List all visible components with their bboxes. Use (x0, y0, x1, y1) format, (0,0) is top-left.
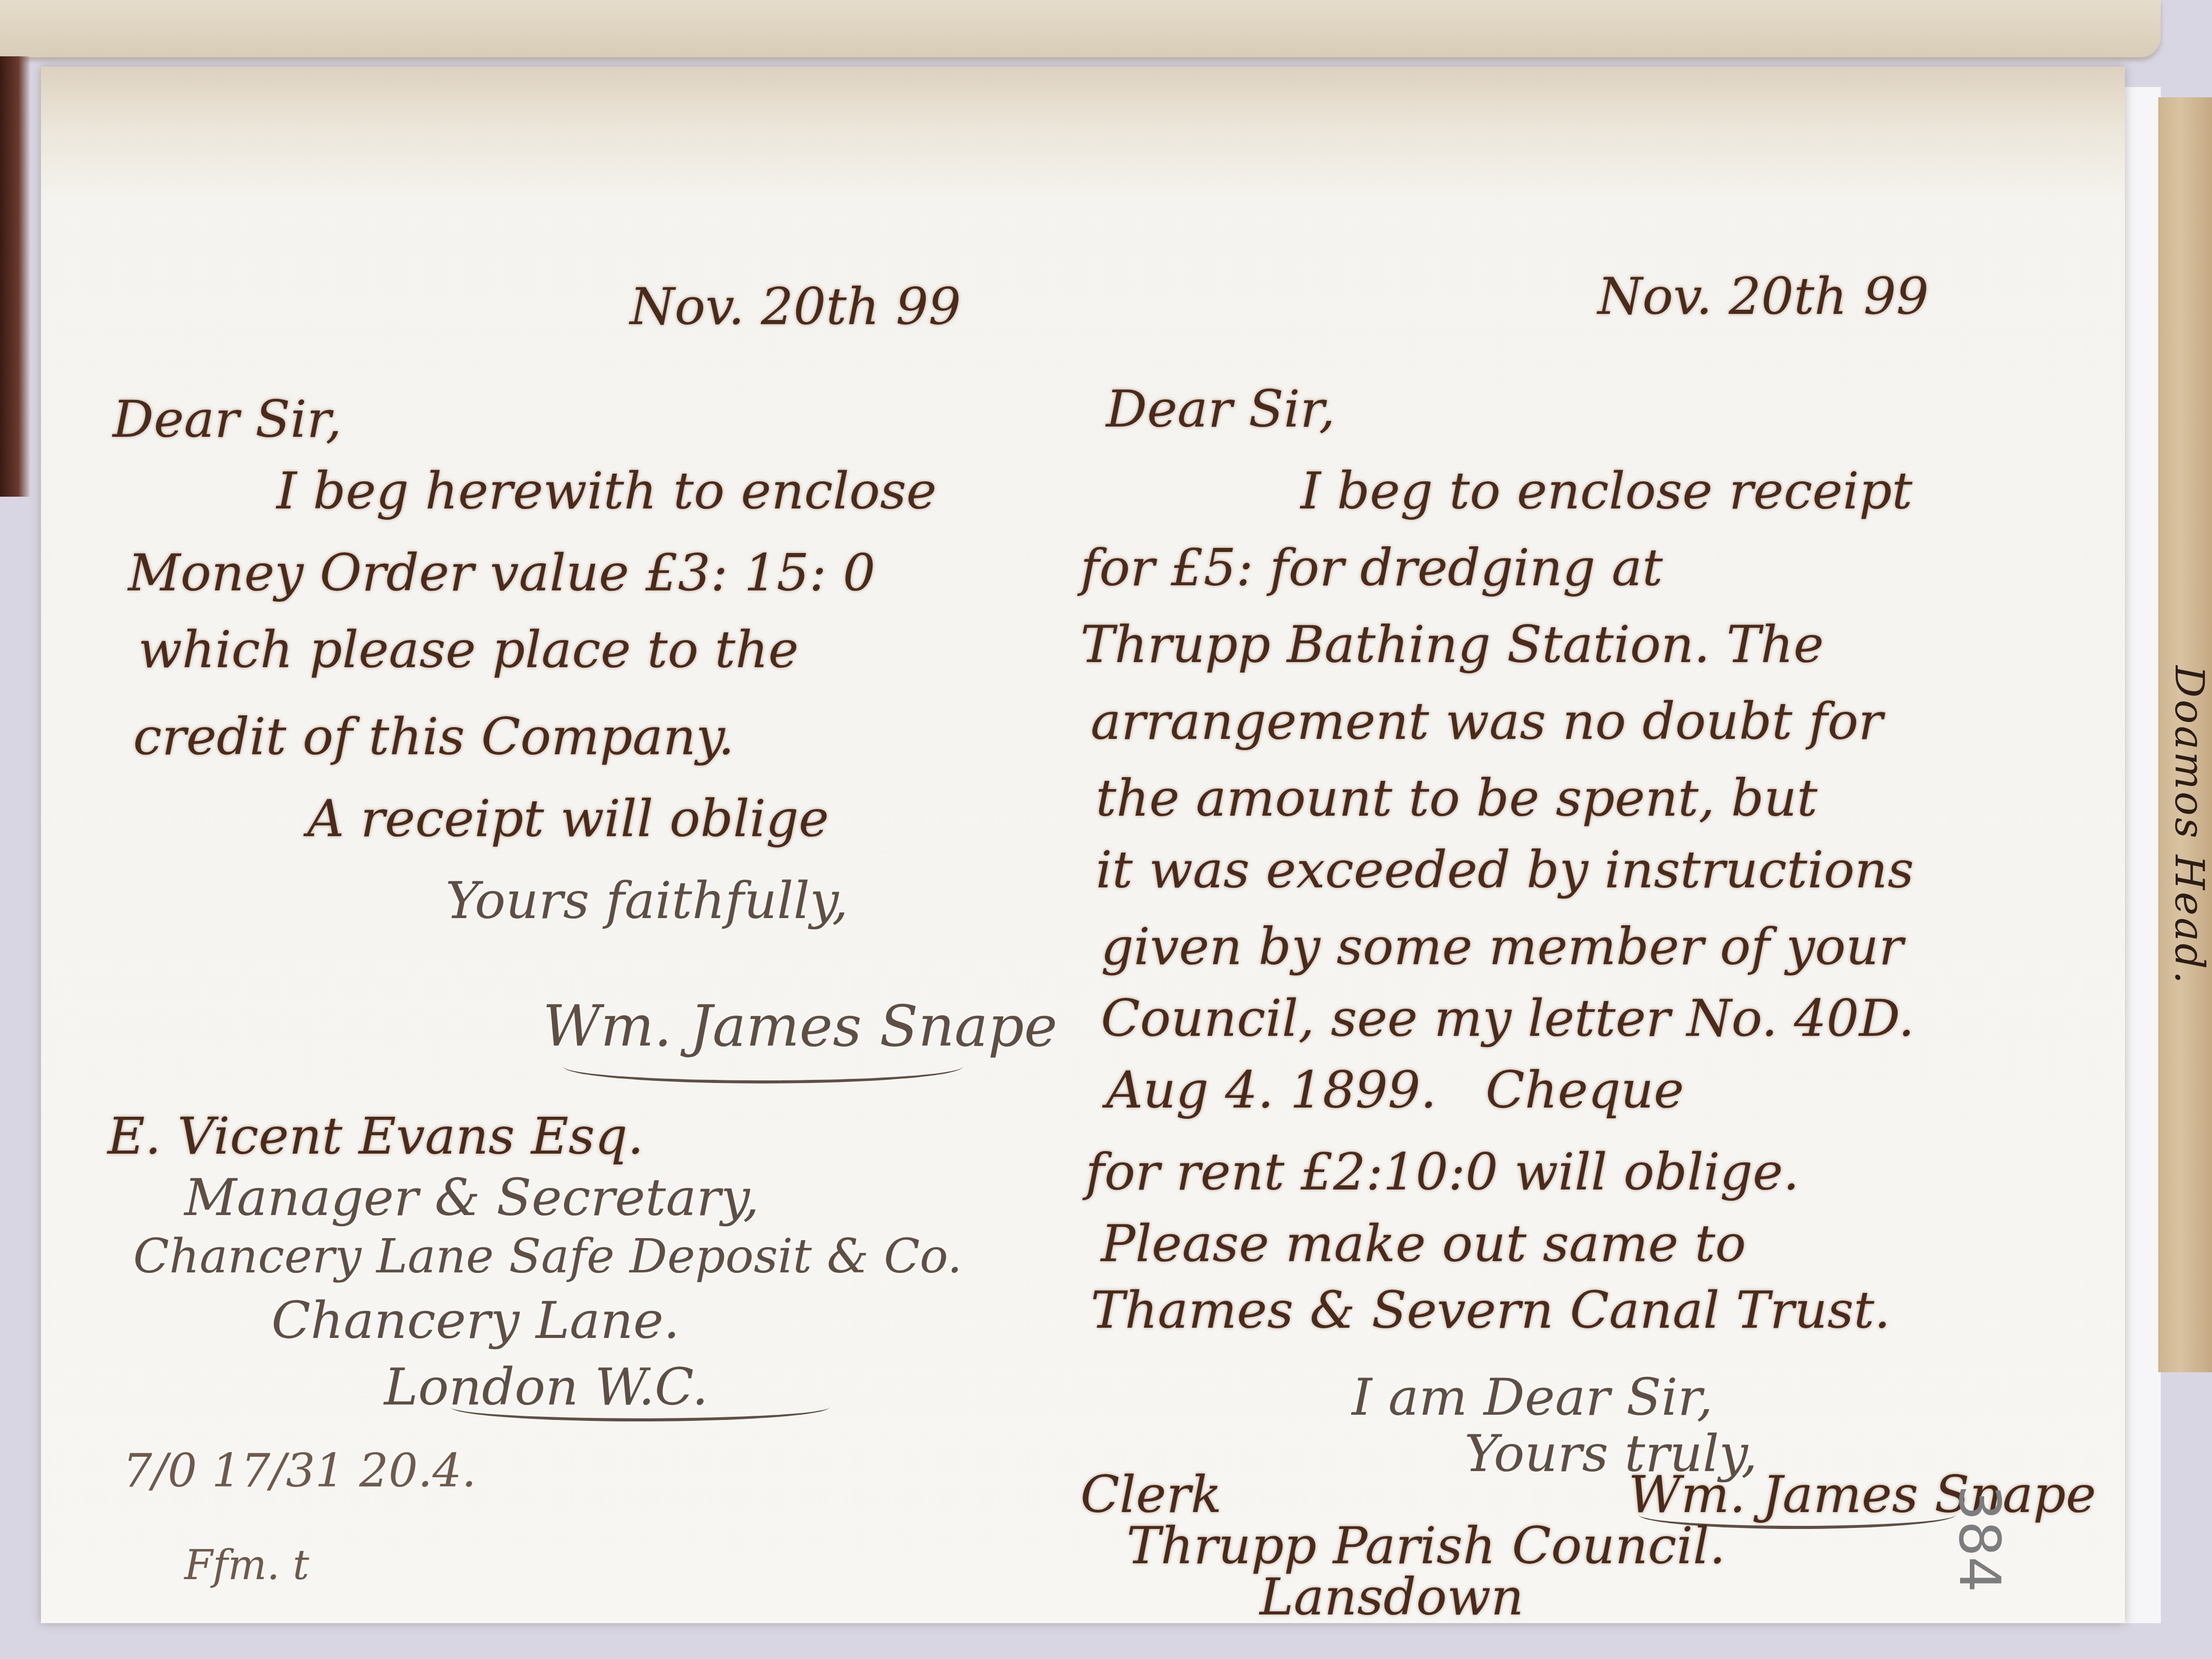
signature-flourish (563, 1050, 963, 1083)
right-letter-body-line: for rent £2:10:0 will oblige. (1086, 1142, 1799, 1202)
right-letter-body-line: Aug 4. 1899. Cheque (1106, 1060, 1684, 1120)
right-letter-body-line: given by some member of your (1101, 917, 1903, 976)
side-strip-text: Doamos Head. (2166, 666, 2212, 986)
binding-shadow (0, 56, 31, 497)
left-letter-body-line: A receipt will oblige (307, 789, 829, 848)
right-letter-closing: I am Dear Sir, (1352, 1367, 1713, 1427)
left-letter-date: Nov. 20th 99 (630, 276, 961, 336)
left-addressee-line: Manager & Secretary, (184, 1167, 759, 1227)
right-letter-body-line: Thames & Severn Canal Trust. (1091, 1280, 1890, 1340)
left-letter-body-line: I beg herewith to enclose (276, 461, 937, 521)
right-letter-body-line: I beg to enclose receipt (1301, 461, 1912, 521)
right-letter-body-line: Please make out same to (1101, 1214, 1746, 1273)
right-letter-date: Nov. 20th 99 (1598, 266, 1929, 326)
left-addressee-line: Chancery Lane. (271, 1290, 680, 1350)
right-letter-body-line: for £5: for dredging at (1080, 538, 1663, 598)
margin-note: 7/0 17/31 20.4. (123, 1444, 476, 1498)
left-letter-signature: Wm. James Snape (543, 993, 1057, 1059)
right-sender-line: Lansdown (1260, 1567, 1524, 1627)
right-letter-body-line: Thrupp Bathing Station. The (1080, 614, 1824, 674)
right-letter-salutation: Dear Sir, (1106, 379, 1335, 439)
page-mount (2125, 87, 2161, 1623)
right-letter-body-line: it was exceeded by instructions (1096, 840, 1914, 900)
right-letter-body-line: arrangement was no doubt for (1091, 691, 1883, 751)
left-letter-body-line: which please place to the (138, 620, 799, 679)
previous-page-edge (0, 0, 2161, 57)
left-letter-closing: Yours faithfully, (445, 870, 848, 930)
page-number-stamp: 384 (1947, 1485, 2012, 1592)
right-letter-body-line: the amount to be spent, but (1096, 768, 1817, 828)
left-addressee-line: Chancery Lane Safe Deposit & Co. (133, 1229, 962, 1284)
underline-flourish (451, 1393, 829, 1421)
left-letter-salutation: Dear Sir, (113, 389, 342, 449)
left-letter-body-line: Money Order value £3: 15: 0 (128, 543, 876, 603)
right-letter-body-line: Council, see my letter No. 40D. (1101, 988, 1915, 1048)
left-letter-body-line: credit of this Company. (133, 707, 734, 767)
left-addressee-line: E. Vicent Evans Esq. (108, 1106, 644, 1166)
margin-note: Ffm. t (184, 1541, 309, 1589)
